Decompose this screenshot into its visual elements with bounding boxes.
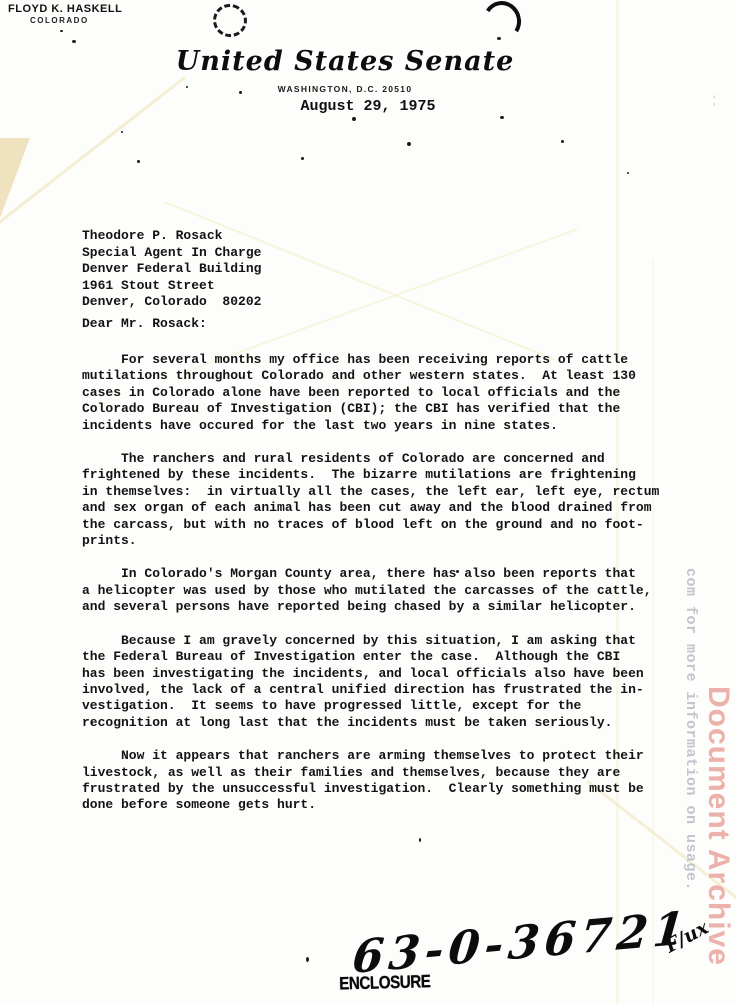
sender-name: FLOYD K. HASKELL	[8, 3, 122, 15]
enclosure-stamp: ENCLOSURE	[339, 973, 431, 996]
scan-speck	[419, 838, 421, 842]
scan-speck	[306, 957, 309, 962]
binder-ring-mark	[210, 0, 251, 40]
scan-speck	[500, 116, 504, 119]
recipient-address-block: Theodore P. Rosack Special Agent In Char…	[82, 228, 261, 311]
paragraph-2: The ranchers and rural residents of Colo…	[82, 451, 682, 549]
scan-speck	[627, 172, 629, 174]
watermark-usage-text: com for more information on usage.	[682, 568, 699, 891]
scan-speck	[137, 160, 140, 163]
salutation: Dear Mr. Rosack:	[82, 316, 207, 331]
sender-block: FLOYD K. HASKELL COLORADO	[8, 3, 122, 25]
scan-speck	[352, 117, 356, 121]
scan-speck	[72, 40, 76, 43]
scanned-letter-page: FLOYD K. HASKELL COLORADO United States …	[0, 0, 736, 1004]
scan-speck	[186, 86, 188, 88]
paragraph-4: Because I am gravely concerned by this s…	[82, 633, 682, 731]
paragraph-5: Now it appears that ranchers are arming …	[82, 748, 682, 814]
binder-ring-mark	[479, 0, 524, 45]
scan-speck	[60, 30, 63, 32]
page-corner-fold	[0, 138, 30, 218]
scan-speck	[121, 131, 123, 133]
letter-body: For several months my office has been re…	[82, 352, 682, 831]
paragraph-1: For several months my office has been re…	[82, 352, 682, 434]
scan-speck	[407, 142, 411, 146]
letterhead-city-line: WASHINGTON, D.C. 20510	[195, 84, 495, 94]
sender-state: COLORADO	[30, 16, 122, 25]
scan-speck	[301, 157, 304, 160]
handwritten-file-number: 63-0-36721	[350, 901, 691, 984]
letter-date: August 29, 1975	[268, 98, 468, 115]
paragraph-3: In Colorado's Morgan County area, there …	[82, 566, 682, 615]
watermark-top-mark: - -	[708, 95, 722, 106]
senate-letterhead-title: United States Senate	[175, 46, 515, 77]
scan-speck	[561, 140, 564, 143]
